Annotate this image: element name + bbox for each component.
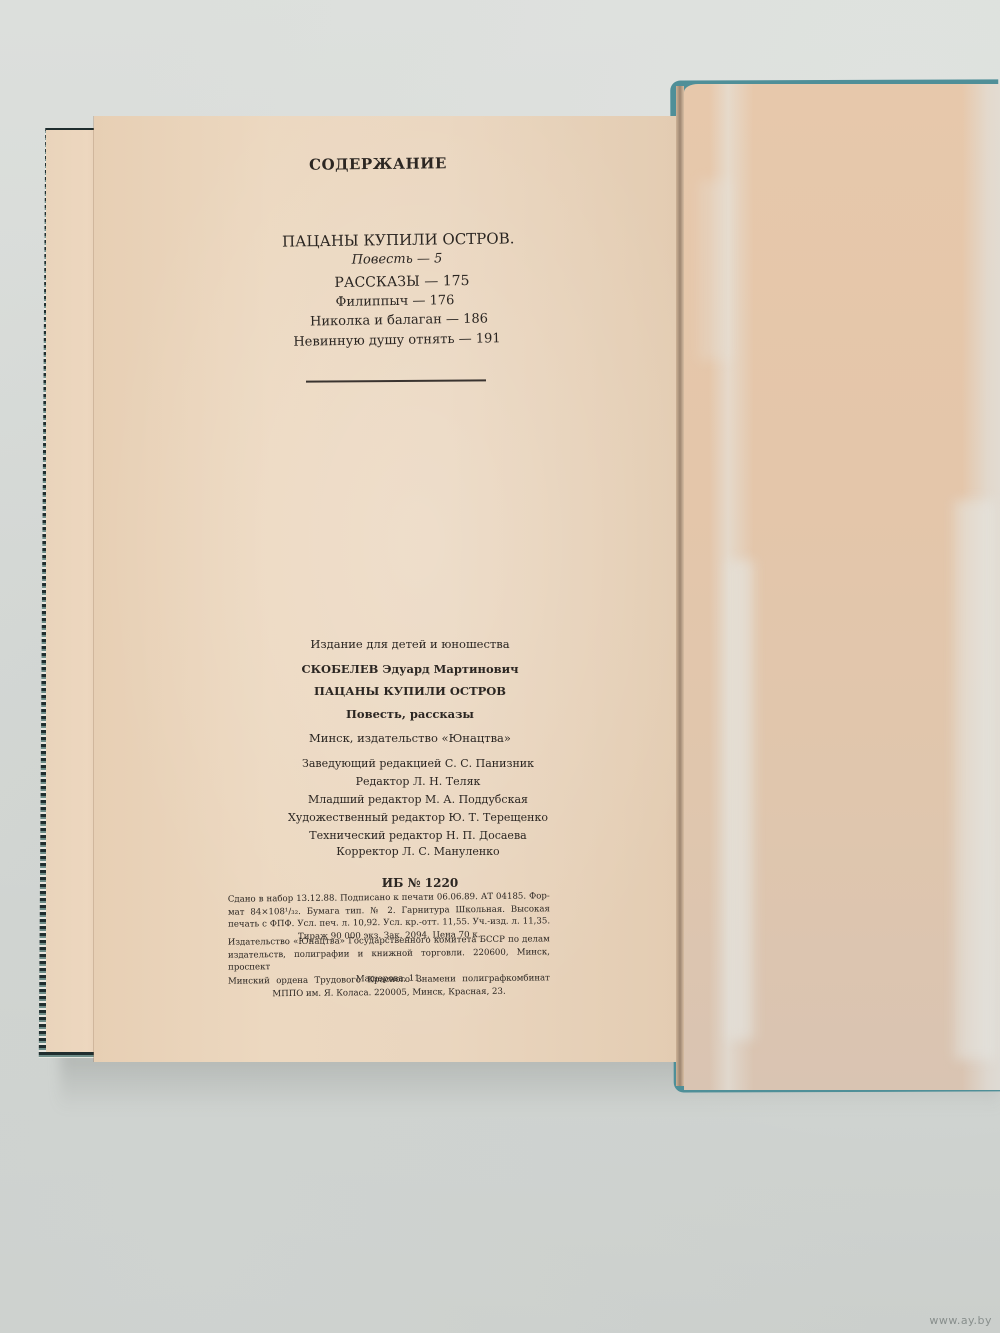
paper-stain bbox=[955, 500, 995, 1060]
imprint-staff-line: Младший редактор М. А. Поддубская bbox=[268, 793, 568, 806]
contents-heading: СОДЕРЖАНИЕ bbox=[303, 154, 453, 174]
imprint-author: СКОБЕЛЕВ Эдуард Мартинович bbox=[288, 662, 532, 676]
imprint-staff-line: Корректор Л. С. Мануленко bbox=[268, 845, 568, 858]
imprint-staff-line: Заведующий редакцией С. С. Панизник bbox=[268, 757, 568, 770]
paper-stain bbox=[700, 180, 730, 360]
imprint-printer: Минский ордена Трудового Красного Знамен… bbox=[228, 972, 550, 1001]
contents-entry-stories: РАССКАЗЫ — 175 bbox=[302, 272, 502, 291]
imprint-publisher: Минск, издательство «Юнацтва» bbox=[290, 731, 530, 745]
book-gutter bbox=[676, 86, 684, 1086]
contents-entry-novella-page: Повесть — 5 bbox=[322, 251, 472, 268]
imprint-genre: Повесть, рассказы bbox=[340, 707, 480, 721]
contents-entry-novella: ПАЦАНЫ КУПИЛИ ОСТРОВ. bbox=[282, 229, 512, 250]
address-line: издательств, полиграфии и книжной торгов… bbox=[228, 946, 550, 975]
imprint-staff-line: Технический редактор Н. П. Досаева bbox=[268, 829, 568, 842]
imprint-title: ПАЦАНЫ КУПИЛИ ОСТРОВ bbox=[300, 684, 520, 698]
imprint-staff-line: Редактор Л. Н. Теляк bbox=[268, 775, 568, 788]
imprint-audience: Издание для детей и юношества bbox=[294, 637, 526, 651]
imprint-ib-number: ИБ № 1220 bbox=[365, 876, 475, 890]
site-watermark: www.ay.by bbox=[929, 1314, 992, 1327]
imprint-staff-line: Художественный редактор Ю. Т. Терещенко bbox=[268, 811, 568, 824]
contents-entry-story: Филиппыч — 176 bbox=[300, 293, 490, 311]
paper-stain bbox=[728, 560, 754, 1040]
